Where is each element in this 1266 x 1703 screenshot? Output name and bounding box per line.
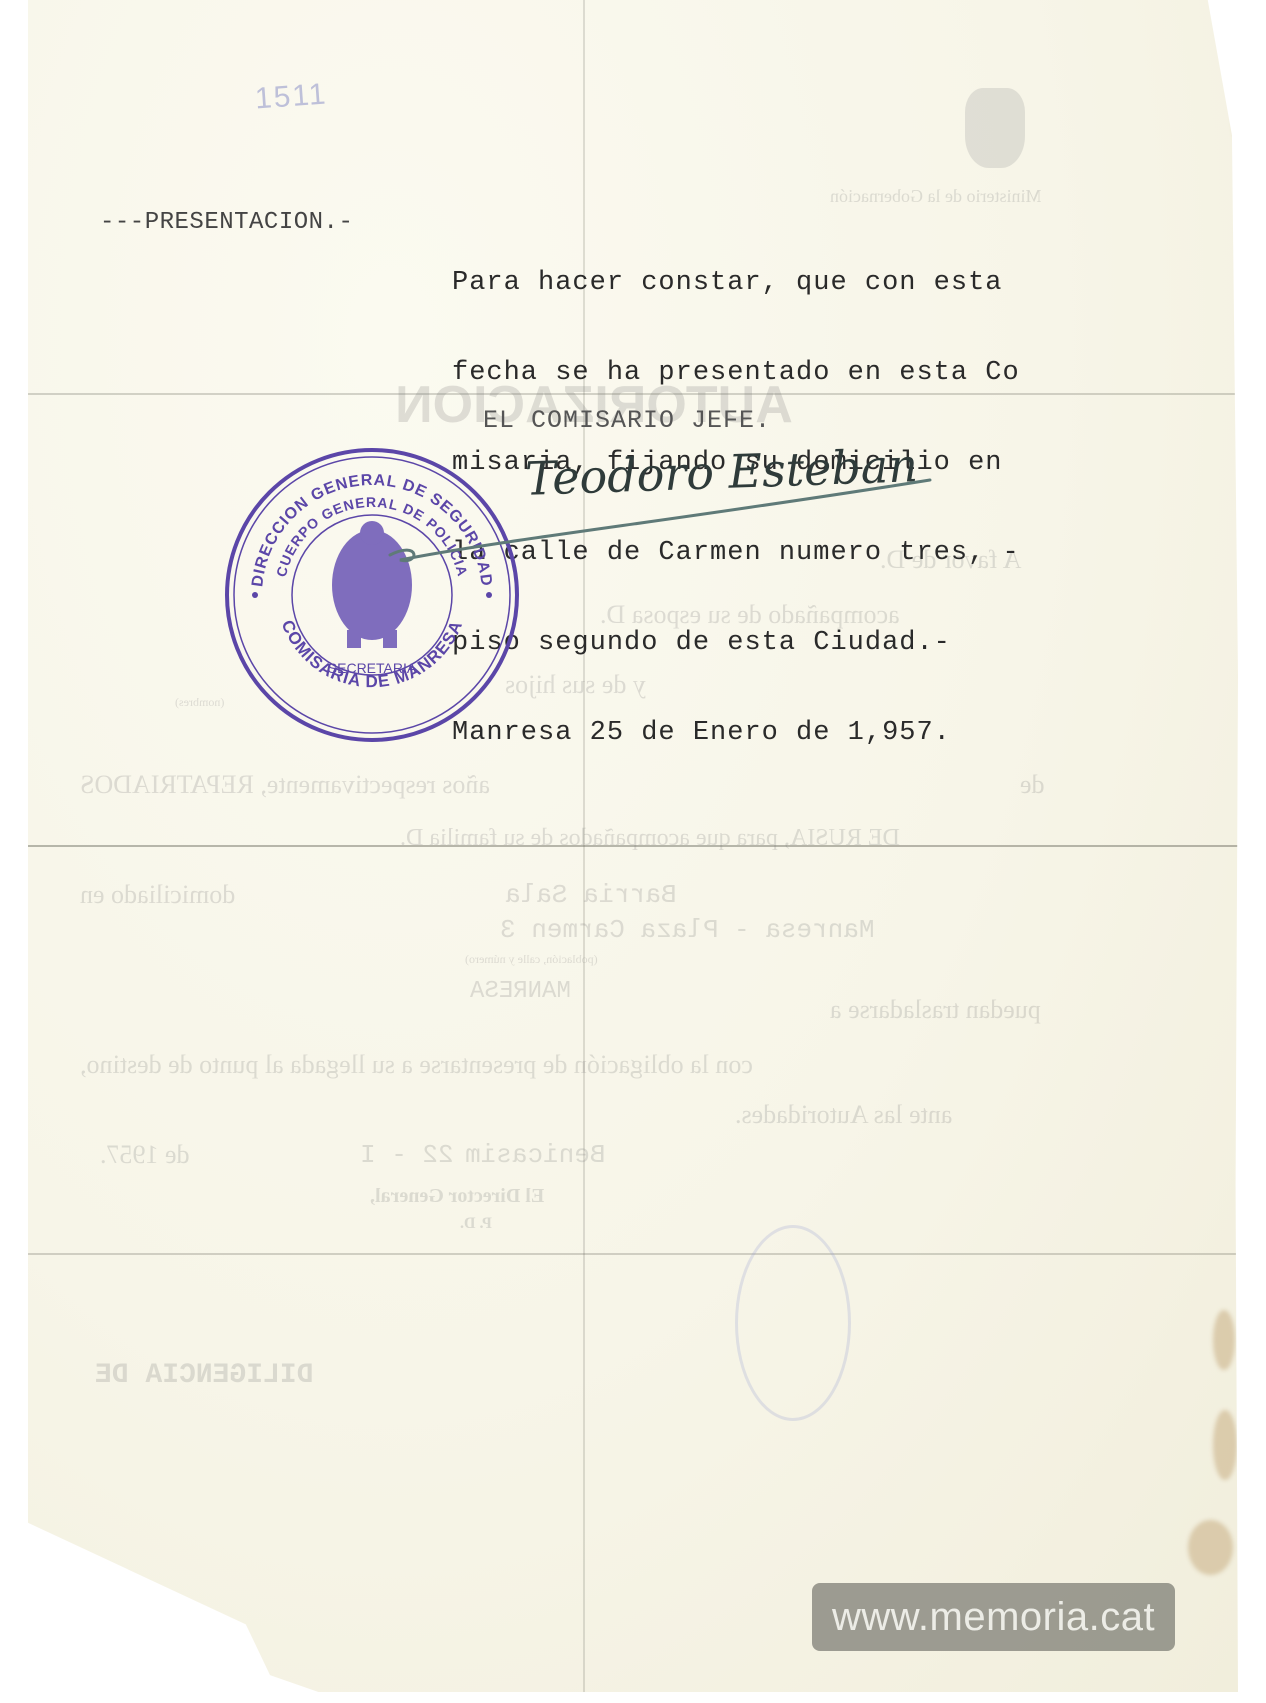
presentation-label: ---PRESENTACION.-	[100, 208, 353, 238]
stain	[1213, 1310, 1235, 1370]
body-line: Para hacer constar, que con esta	[452, 268, 1020, 298]
stain	[1188, 1520, 1233, 1575]
ghost-fill: Barria Sala	[505, 880, 677, 910]
pencil-annotation: 1511	[254, 78, 329, 117]
ghost-line: ante las Autoridades.	[735, 1100, 952, 1130]
ghost-fill: Manresa - Plaza Carmen 3	[500, 915, 874, 945]
ghost-line: puedan trasladarse a	[830, 995, 1041, 1025]
signature-flourish	[380, 470, 940, 580]
watermark-badge: www.memoria.cat	[812, 1583, 1175, 1651]
watermark-text: www.memoria.cat	[832, 1595, 1155, 1640]
ghost-line: domiciliado en	[80, 880, 235, 910]
body-line: Manresa 25 de Enero de 1,957.	[452, 718, 1020, 748]
ghost-line: P. D.	[460, 1215, 492, 1233]
ghost-line: de	[1020, 770, 1045, 800]
ghost-line: con la obligación de presentarse a su ll…	[80, 1050, 753, 1080]
ghost-ministry: Ministerio de la Gobernación	[830, 186, 1041, 207]
signer-title: EL COMISARIO JEFE.	[483, 406, 771, 436]
body-line: fecha se ha presentado en esta Co	[452, 358, 1020, 388]
body-line: piso segundo de esta Ciudad.-	[452, 628, 1020, 658]
ghost-stamp	[735, 1225, 851, 1421]
ghost-line: años respectivamente, REPATRIADOS	[80, 770, 490, 800]
ghost-line: DE RUSIA, para que acompañados de su fam…	[400, 825, 900, 852]
stain	[1213, 1410, 1237, 1480]
ghost-line: (nombres)	[175, 695, 224, 710]
svg-text:SECRETARIA: SECRETARIA	[328, 660, 417, 676]
stain	[1233, 100, 1241, 140]
ghost-line: de 1957.	[100, 1140, 190, 1170]
ghost-line: (población, calle y número)	[465, 952, 598, 967]
ghost-fill: 22 - I	[360, 1140, 454, 1170]
ghost-line: DILIGENCIA DE	[95, 1360, 313, 1391]
ghost-line: El Director General,	[370, 1185, 544, 1208]
fold-line	[28, 1253, 1238, 1255]
ghost-emblem	[965, 88, 1025, 168]
ghost-fill: MANRESA	[470, 978, 571, 1005]
ghost-fill: Benicasim	[465, 1140, 605, 1170]
